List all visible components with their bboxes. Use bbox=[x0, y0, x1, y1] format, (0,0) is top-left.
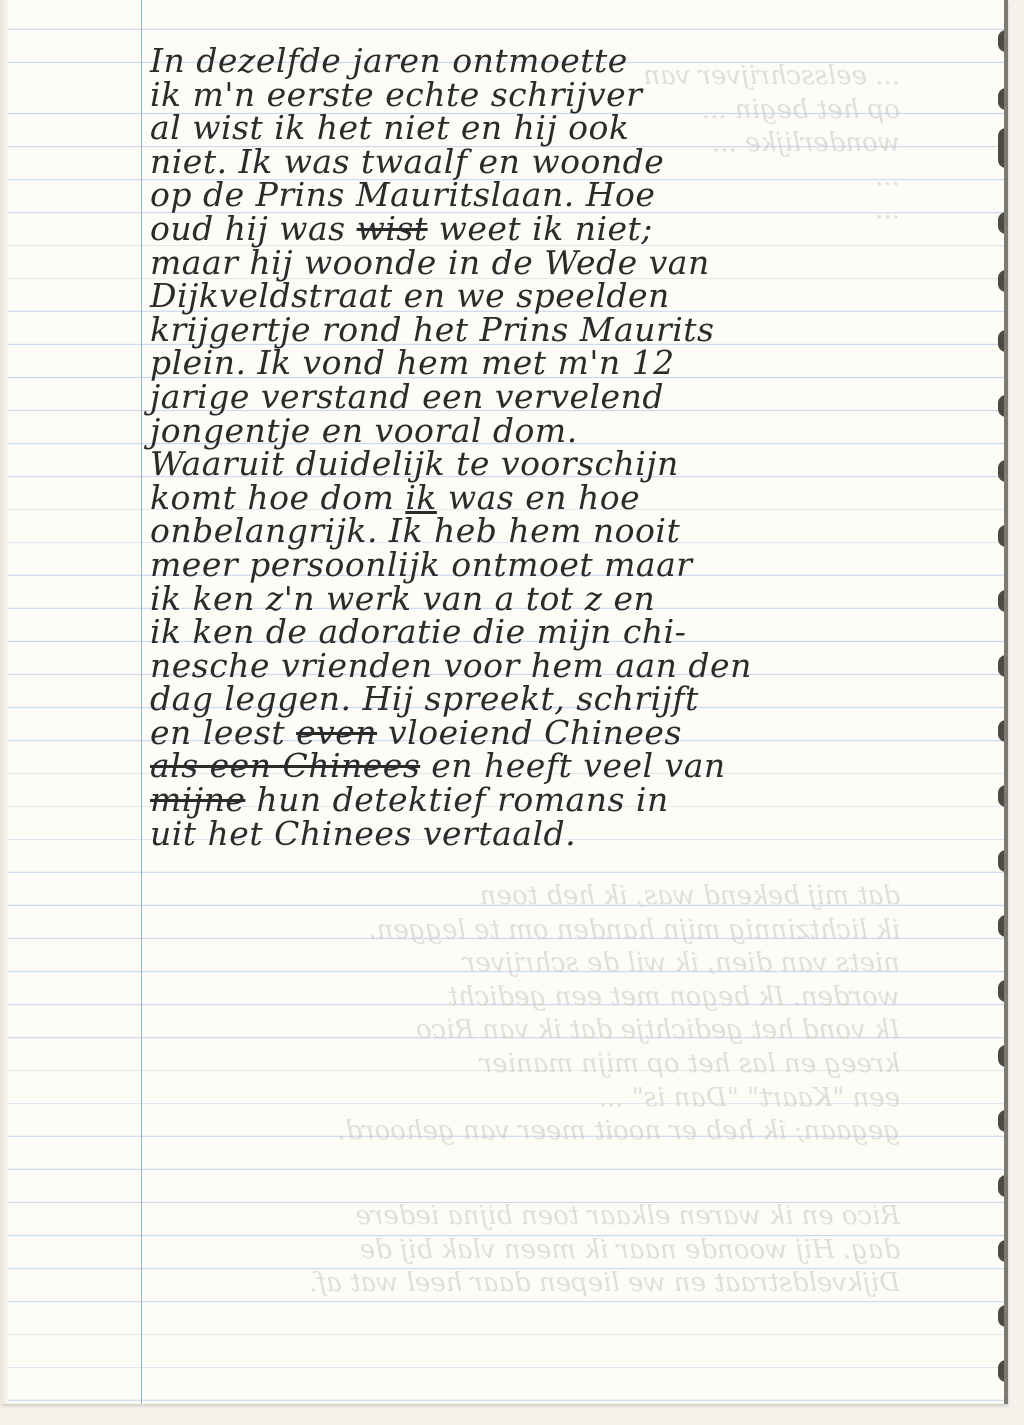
text-line: en leest even vloeiend Chinees bbox=[150, 716, 970, 750]
text-line: maar hij woonde in de Wede van bbox=[150, 246, 970, 280]
text-line: ik ken z'n werk van a tot z en bbox=[150, 582, 970, 616]
text-line: ik m'n eerste echte schrijver bbox=[150, 78, 970, 112]
text-line: meer persoonlijk ontmoet maar bbox=[150, 548, 970, 582]
text-line: Waaruit duidelijk te voorschijn bbox=[150, 447, 970, 481]
text-line: onbelangrijk. Ik heb hem nooit bbox=[150, 514, 970, 548]
text-line: plein. Ik vond hem met m'n 12 bbox=[150, 346, 970, 380]
text-line: niet. Ik was twaalf en woonde bbox=[150, 145, 970, 179]
bleed-through-lower: dat mij bekend was, ik heb toen ik licht… bbox=[20, 880, 900, 1149]
handwritten-text: In dezelfde jaren ontmoetteik m'n eerste… bbox=[150, 44, 970, 850]
bleed-through-bottom: Rico en ik waren elkaar toen bijna ieder… bbox=[20, 1200, 900, 1301]
text-line: op de Prins Mauritslaan. Hoe bbox=[150, 178, 970, 212]
text-line: uit het Chinees vertaald. bbox=[150, 817, 970, 851]
text-line: nesche vrienden voor hem aan den bbox=[150, 649, 970, 683]
notebook-page: ... eelsschrijver van op het begin ... w… bbox=[0, 0, 1006, 1404]
text-line: al wist ik het niet en hij ook bbox=[150, 111, 970, 145]
text-line: Dijkveldstraat en we speelden bbox=[150, 279, 970, 313]
page-left-edge bbox=[0, 0, 8, 1404]
text-line: mijne hun detektief romans in bbox=[150, 783, 970, 817]
text-line: jongentje en vooral dom. bbox=[150, 414, 970, 448]
text-line: ik ken de adoratie die mijn chi- bbox=[150, 615, 970, 649]
text-line: oud hij was wist weet ik niet; bbox=[150, 212, 970, 246]
text-line: als een Chinees en heeft veel van bbox=[150, 749, 970, 783]
text-line: jarige verstand een vervelend bbox=[150, 380, 970, 414]
text-line: In dezelfde jaren ontmoette bbox=[150, 44, 970, 78]
text-segment: uit het Chinees vertaald. bbox=[150, 814, 576, 853]
text-line: krijgertje rond het Prins Maurits bbox=[150, 313, 970, 347]
text-line: dag leggen. Hij spreekt, schrijft bbox=[150, 682, 970, 716]
text-line: komt hoe dom ik was en hoe bbox=[150, 481, 970, 515]
notebook-spine bbox=[1004, 0, 1008, 1404]
